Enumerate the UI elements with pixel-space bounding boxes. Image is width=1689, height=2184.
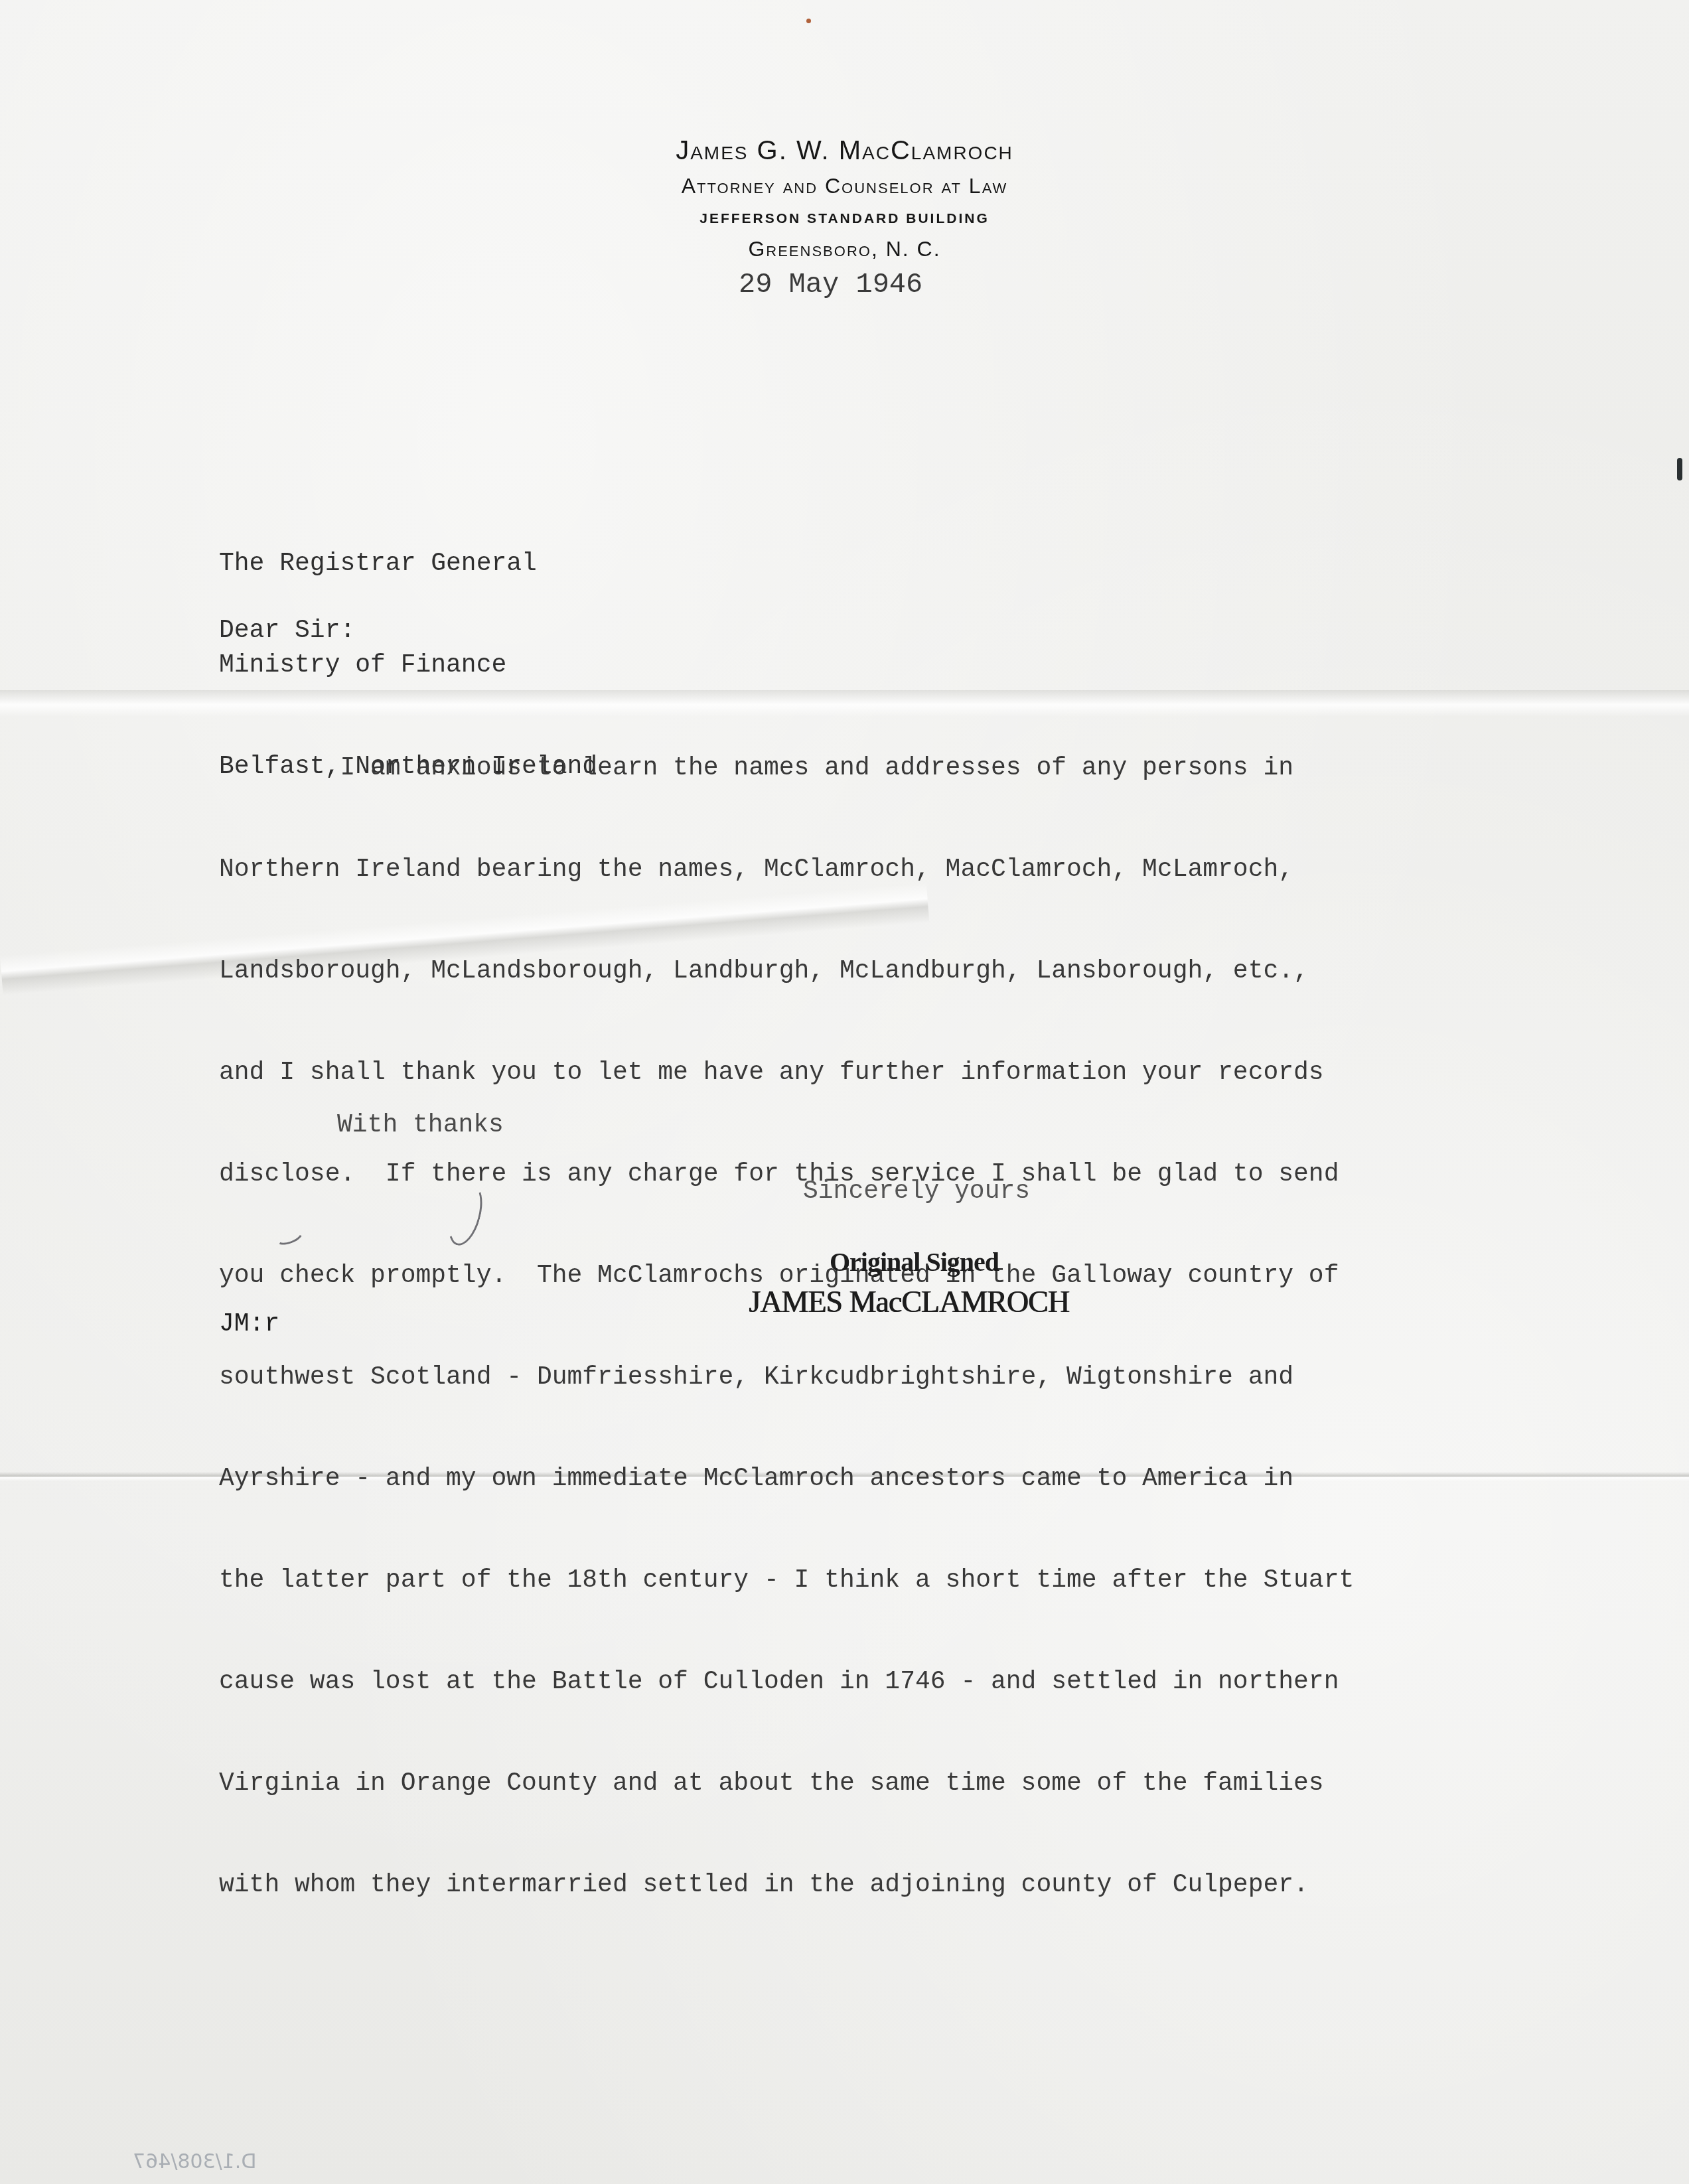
typist-initials: JM:r [219, 1307, 279, 1341]
letterhead-city: Greensboro, N. C. [0, 237, 1689, 261]
body-line: Landsborough, McLandsborough, Landburgh,… [219, 954, 1354, 988]
body-line: cause was lost at the Battle of Culloden… [219, 1665, 1354, 1699]
body-line: Northern Ireland bearing the names, McCl… [219, 853, 1354, 887]
closing-sincerely: Sincerely yours [803, 1175, 1030, 1208]
archive-reference-bleedthrough: D.1/308/467 [133, 2150, 256, 2173]
signature-stamp-name: JAMES MacCLAMROCH [749, 1284, 1069, 1319]
body-line: disclose. If there is any charge for thi… [219, 1157, 1354, 1191]
letterhead-building: Jefferson Standard Building [0, 211, 1689, 227]
recipient-line: The Registrar General [219, 547, 597, 581]
body-line: Virginia in Orange County and at about t… [219, 1767, 1354, 1800]
salutation: Dear Sir: [219, 614, 355, 648]
edge-ink-mark [1677, 458, 1682, 480]
body-line: southwest Scotland - Dumfriesshire, Kirk… [219, 1360, 1354, 1394]
body-line: I am anxious to learn the names and addr… [219, 751, 1354, 785]
body-line: with whom they intermarried settled in t… [219, 1868, 1354, 1902]
body-line: and I shall thank you to let me have any… [219, 1056, 1354, 1090]
recipient-line: Ministry of Finance [219, 648, 597, 682]
closing-thanks: With thanks [337, 1108, 504, 1142]
letterhead-name: James G. W. MacClamroch [0, 136, 1689, 166]
signature-stamp-original-signed: Original Signed [830, 1246, 999, 1277]
letterhead-title: Attorney and Counselor at Law [0, 174, 1689, 198]
letter-date: 29 May 1946 [739, 268, 922, 302]
body-line: Ayrshire - and my own immediate McClamro… [219, 1462, 1354, 1496]
body-line: the latter part of the 18th century - I … [219, 1564, 1354, 1597]
paper-speck [806, 19, 811, 23]
